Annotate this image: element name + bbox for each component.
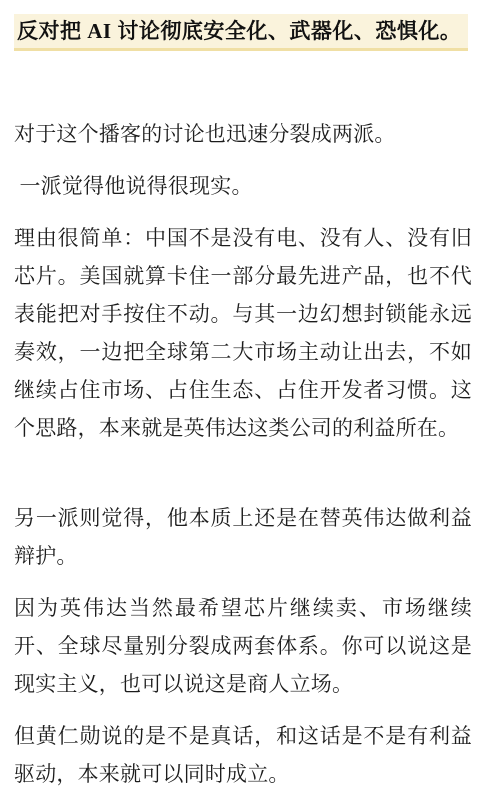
paragraph: 因为英伟达当然最希望芯片继续卖、市场继续开、全球尽量别分裂成两套体系。你可以说这…: [14, 589, 472, 703]
article-heading: 反对把 AI 讨论彻底安全化、武器化、恐惧化。: [14, 14, 472, 51]
paragraph: 另一派则觉得，他本质上还是在替英伟达做利益辩护。: [14, 499, 472, 575]
paragraph: 理由很简单：中国不是没有电、没有人、没有旧芯片。美国就算卡住一部分最先进产品，也…: [14, 219, 472, 447]
article: 反对把 AI 讨论彻底安全化、武器化、恐惧化。 对于这个播客的讨论也迅速分裂成两…: [0, 0, 485, 800]
paragraph: 一派觉得他说得很现实。: [14, 167, 472, 205]
paragraph: 但黄仁勋说的是不是真话，和这话是不是有利益驱动，本来就可以同时成立。: [14, 717, 472, 793]
heading-highlight: 反对把 AI 讨论彻底安全化、武器化、恐惧化。: [14, 14, 468, 51]
paragraph: 对于这个播客的讨论也迅速分裂成两派。: [14, 115, 472, 153]
article-body: 对于这个播客的讨论也迅速分裂成两派。 一派觉得他说得很现实。理由很简单：中国不是…: [14, 115, 472, 793]
